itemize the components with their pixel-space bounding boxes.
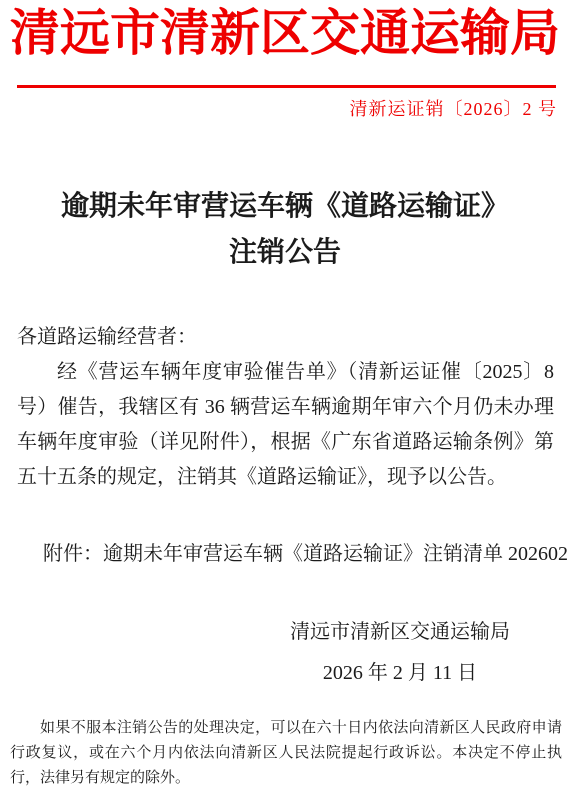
signature-agency: 清远市清新区交通运输局 (290, 612, 510, 653)
footer-note: 如果不服本注销公告的处理决定，可以在六十日内依法向清新区人民政府申请行政复议，或… (10, 716, 562, 791)
signature-block: 清远市清新区交通运输局 2026 年 2 月 11 日 (290, 612, 510, 694)
signature-date: 2026 年 2 月 11 日 (290, 653, 510, 694)
notice-title: 逾期未年审营运车辆《道路运输证》 注销公告 (0, 184, 570, 276)
official-notice-document: 清远市清新区交通运输局 清新运证销〔2026〕2 号 逾期未年审营运车辆《道路运… (0, 0, 570, 793)
agency-header: 清远市清新区交通运输局 (0, 4, 570, 62)
notice-title-line1: 逾期未年审营运车辆《道路运输证》 (0, 184, 570, 230)
notice-title-line2: 注销公告 (0, 230, 570, 276)
body-paragraph: 经《营运车辆年度审验催告单》（清新运证催〔2025〕8号）催告，我辖区有 36 … (17, 355, 554, 495)
attachment-line: 附件：逾期未年审营运车辆《道路运输证》注销清单 202602 (43, 537, 560, 566)
salutation: 各道路运输经营者： (17, 320, 554, 355)
notice-body: 各道路运输经营者： 经《营运车辆年度审验催告单》（清新运证催〔2025〕8号）催… (17, 320, 554, 495)
header-divider (17, 85, 556, 88)
doc-number: 清新运证销〔2026〕2 号 (350, 95, 558, 121)
